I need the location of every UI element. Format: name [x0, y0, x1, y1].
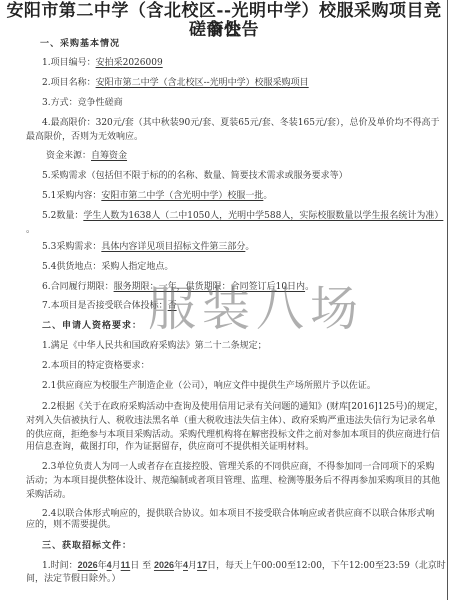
start-year: 2026	[78, 560, 98, 570]
period: 。	[263, 191, 272, 201]
max-price-line1: 4.最高限价：320元/套（其中秋装90元/套、夏装65元/套、冬装165元/套…	[42, 117, 439, 129]
project-number-label: 1.项目编号：	[42, 58, 96, 68]
procurement-demand: 5.3采购需求：具体内容详见项目招标文件第三部分。	[42, 241, 254, 253]
time-label: 1.时间：	[42, 561, 78, 571]
procurement-requirements: 5.采购需求（包括但不限于标的的名称、数量、简要技术需求或服务要求等）	[42, 170, 348, 182]
quantity-label: 5.2数量：	[42, 211, 83, 221]
section3-heading: 三、获取招标文件：	[42, 540, 132, 552]
qualification-2-1: 2.1供应商应为校服生产制造企业（公司），响应文件中提供生产场所照片予以佐证。	[42, 380, 376, 392]
funding-source-value: 自筹资金	[91, 151, 127, 161]
consortium-bidding-label: 7.本项目是否接受联合体投标：	[42, 301, 168, 311]
start-day: 11	[121, 560, 131, 570]
qualification-2-4-line2: 应的，则不需要提供。	[26, 519, 116, 531]
project-number-value: 安拍采2026009	[96, 58, 163, 68]
start-month: 4	[107, 560, 112, 570]
qualification-2-3-line3: 采购活动。	[26, 489, 71, 501]
qualification-2: 2.本项目的特定资格要求：	[42, 360, 150, 372]
qualification-2-3-line1: 2.3单位负责人为同一人或者存在直接控股、管理关系的不同供应商，不得参加同一合同…	[42, 461, 434, 473]
delivery-location: 5.4供货地点：采购人指定地点。	[42, 261, 173, 273]
funding-source-label: 资金来源：	[46, 151, 91, 161]
project-name-label: 2.项目名称：	[42, 78, 96, 88]
end-day: 17	[197, 560, 207, 570]
procurement-method: 3.方式：竞争性磋商	[42, 97, 123, 109]
procurement-demand-label: 5.3采购需求：	[42, 242, 101, 252]
project-number: 1.项目编号：安拍采2026009	[42, 57, 163, 69]
max-price-line2: 最高限价，否则为无效响应。	[26, 131, 143, 143]
daily-hours: ，每天上午00:00至12:00，下午12:00至23:59（北京时	[216, 561, 446, 571]
funding-source: 资金来源：自筹资金	[46, 150, 127, 162]
project-name: 2.项目名称：安阳市第二中学（含北校区--光明中学）校服采购项目	[42, 77, 309, 89]
procurement-demand-value: 具体内容详见项目招标文件第三部分	[101, 242, 245, 252]
section1-heading: 一、采购基本情况	[40, 38, 120, 50]
end-year: 2026	[154, 560, 174, 570]
document-acquisition-time: 1.时间：2026年4月11日 至 2026年4月17日，每天上午00:00至1…	[42, 559, 446, 572]
quantity: 5.2数量：学生人数为1638人（二中1050人，光明中学588人，实际校服数量…	[42, 210, 443, 222]
qualification-2-2-line2: 对列入失信被执行人、税收违法黑名单（重大税收违法失信主体）、政府采购严重违法失信…	[26, 415, 436, 427]
document-page: 安阳市第二中学（含北校区--光明中学）校服采购项目竞争性 磋商公告 一、采购基本…	[0, 0, 448, 600]
end-month: 4	[183, 560, 188, 570]
qualification-2-2-line1: 2.2根据《关于在政府采购活动中查询及使用信用记录有关问题的通知》(财库[201…	[42, 401, 443, 413]
section2-heading: 二、申请人资格要求：	[42, 320, 142, 332]
consortium-bidding: 7.本项目是否接受联合体投标：否	[42, 300, 177, 312]
qualification-2-3-line2: 活动；为本项目提供整体设计、规范编制或者项目管理、监理、检测等服务后不得再参加采…	[26, 475, 440, 487]
procurement-content-label: 5.1采购内容：	[42, 191, 101, 201]
qualification-2-2-line4: 用信息查询，截图打印，作为证据留存，供应商可不提供相关证明材料。	[26, 441, 314, 453]
contract-period-value: 服务期限：一年，供货期限：合同签订后10日内	[114, 282, 305, 292]
to-label: 至	[142, 561, 151, 571]
procurement-content-value: 安阳市第二中学（含光明中学）校服一批	[101, 191, 263, 201]
contract-period: 6.合同履行期限：服务期限：一年，供货期限：合同签订后10日内。	[42, 281, 314, 293]
contract-period-label: 6.合同履行期限：	[42, 282, 114, 292]
period: 。	[305, 282, 314, 292]
period: 。	[245, 242, 254, 252]
quantity-end: 。	[26, 224, 35, 236]
qualification-1: 1.满足《中华人民共和国政府采购法》第二十二条规定；	[42, 340, 267, 352]
consortium-bidding-value: 否	[168, 301, 177, 311]
document-acquisition-time-line2: 间，法定节假日除外。）	[26, 573, 121, 585]
quantity-value: 学生人数为1638人（二中1050人，光明中学588人，实际校服数量以学生报名统…	[83, 211, 443, 221]
project-name-value: 安阳市第二中学（含北校区--光明中学）校服采购项目	[96, 78, 309, 88]
procurement-content: 5.1采购内容：安阳市第二中学（含光明中学）校服一批。	[42, 190, 272, 202]
qualification-2-2-line3: 的供应商，拒绝参与本项目采购活动。采购代理机构将在解密投标文件之前对参加本项目的…	[26, 429, 440, 441]
